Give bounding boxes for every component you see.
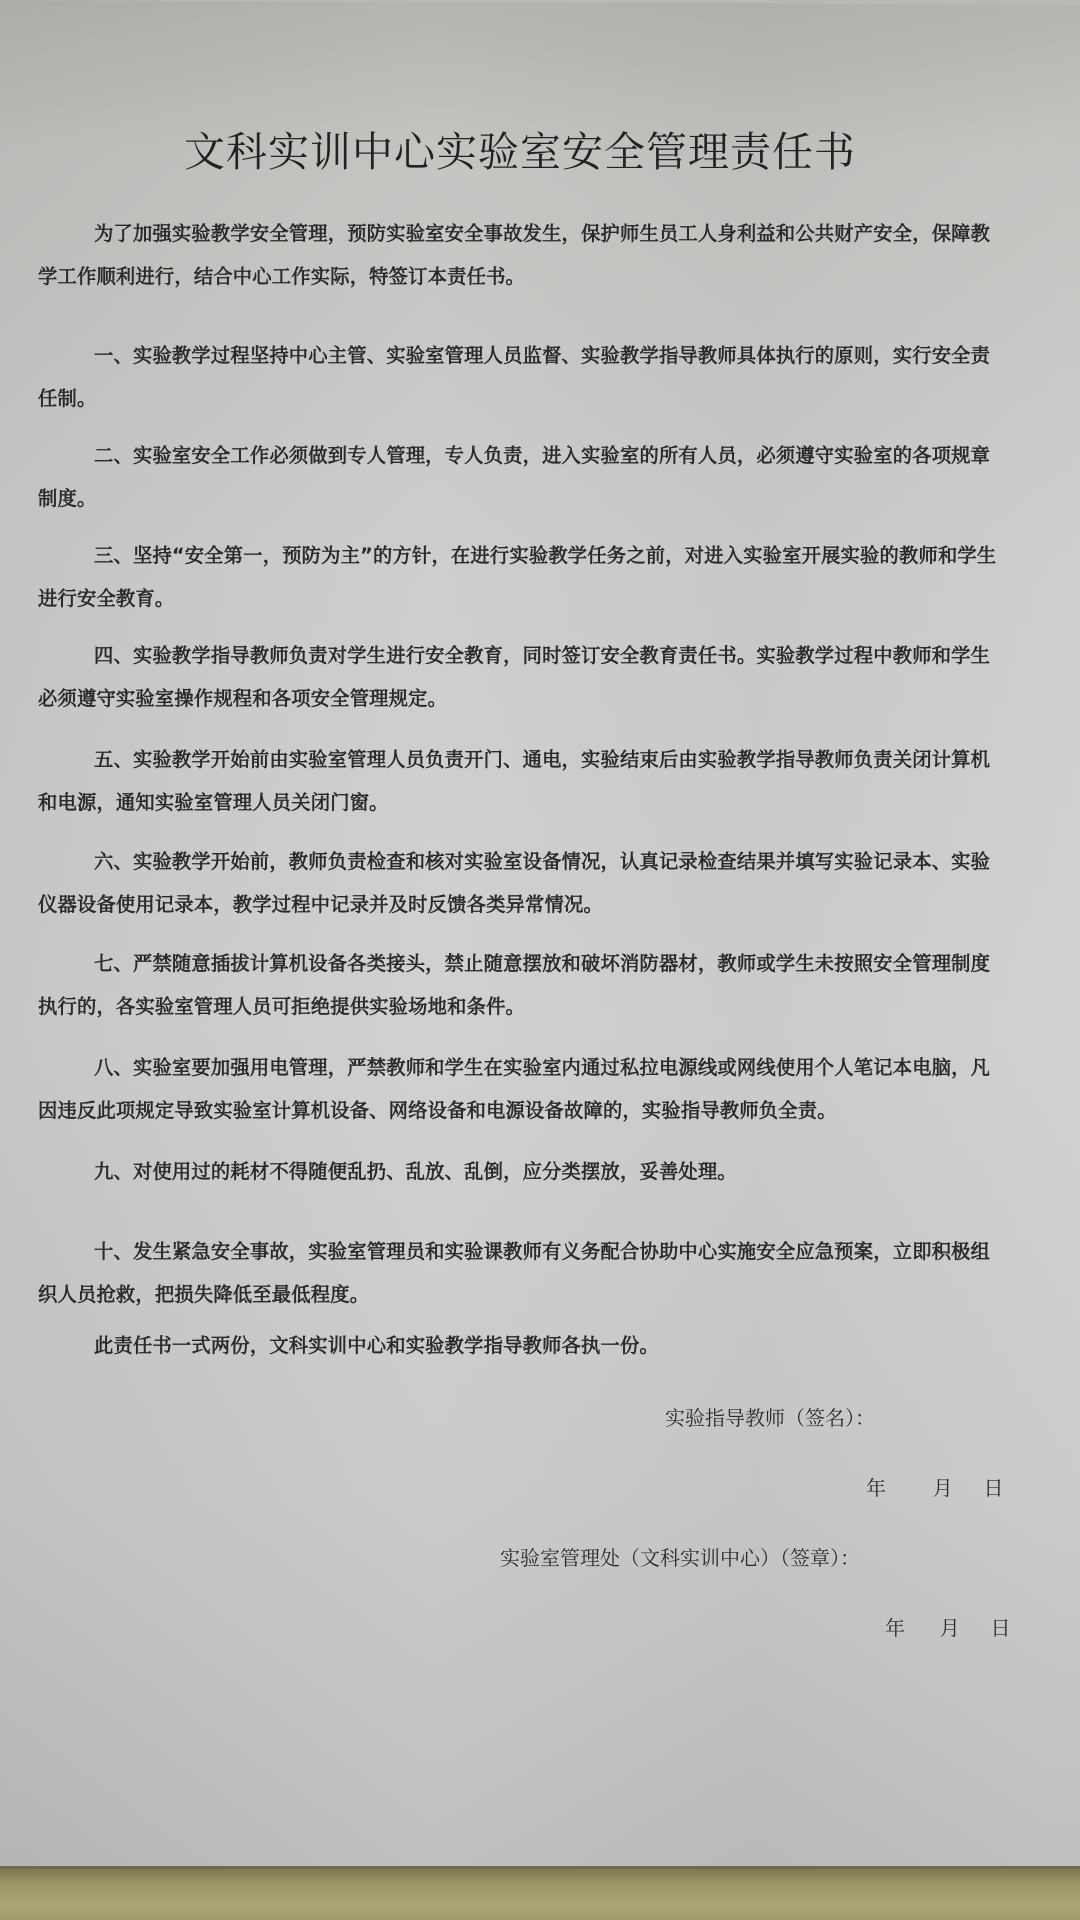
clause-1: 一、实验教学过程坚持中心主管、实验室管理人员监督、实验教学指导教师具体执行的原则… [38, 334, 1003, 420]
teacher-signature-label: 实验指导教师（签名）： [665, 1402, 875, 1431]
date-month: 月 [933, 1472, 953, 1501]
clause-3: 三、坚持“安全第一，预防为主”的方针，在进行实验教学任务之前，对进入实验室开展实… [38, 534, 1003, 620]
date-day: 日 [983, 1472, 1003, 1501]
clause-9: 九、对使用过的耗材不得随便乱扔、乱放、乱倒，应分类摆放，妥善处理。 [38, 1150, 1003, 1193]
closing-paragraph: 此责任书一式两份，文科实训中心和实验教学指导教师各执一份。 [38, 1324, 1003, 1367]
date-year: 年 [866, 1472, 886, 1501]
teacher-signature-date: 年 月 日 [866, 1472, 1003, 1501]
clause-8: 八、实验室要加强用电管理，严禁教师和学生在实验室内通过私拉电源线或网线使用个人笔… [38, 1046, 1003, 1132]
document-title: 文科实训中心实验室安全管理责任书 [184, 119, 856, 178]
clause-4: 四、实验教学指导教师负责对学生进行安全教育，同时签订安全教育责任书。实验教学过程… [38, 634, 1003, 720]
intro-paragraph: 为了加强实验教学安全管理，预防实验室安全事故发生，保护师生员工人身利益和公共财产… [38, 212, 1003, 298]
clause-7: 七、严禁随意插拔计算机设备各类接头，禁止随意摆放和破坏消防器材，教师或学生未按照… [38, 942, 1003, 1028]
clause-5: 五、实验教学开始前由实验室管理人员负责开门、通电，实验结束后由实验教学指导教师负… [38, 738, 1003, 824]
clause-2: 二、实验室安全工作必须做到专人管理，专人负责，进入实验室的所有人员，必须遵守实验… [38, 434, 1003, 520]
date-day: 日 [990, 1612, 1010, 1641]
clause-6: 六、实验教学开始前，教师负责检查和核对实验室设备情况，认真记录检查结果并填写实验… [38, 840, 1003, 926]
management-office-seal-label: 实验室管理处（文科实训中心）（签章）： [500, 1542, 860, 1571]
table-surface [0, 1866, 1080, 1920]
clause-10: 十、发生紧急安全事故，实验室管理员和实验课教师有义务配合协助中心实施安全应急预案… [38, 1230, 1003, 1316]
date-month: 月 [940, 1612, 960, 1641]
management-office-seal-date: 年 月 日 [885, 1612, 1010, 1641]
date-year: 年 [885, 1612, 905, 1641]
